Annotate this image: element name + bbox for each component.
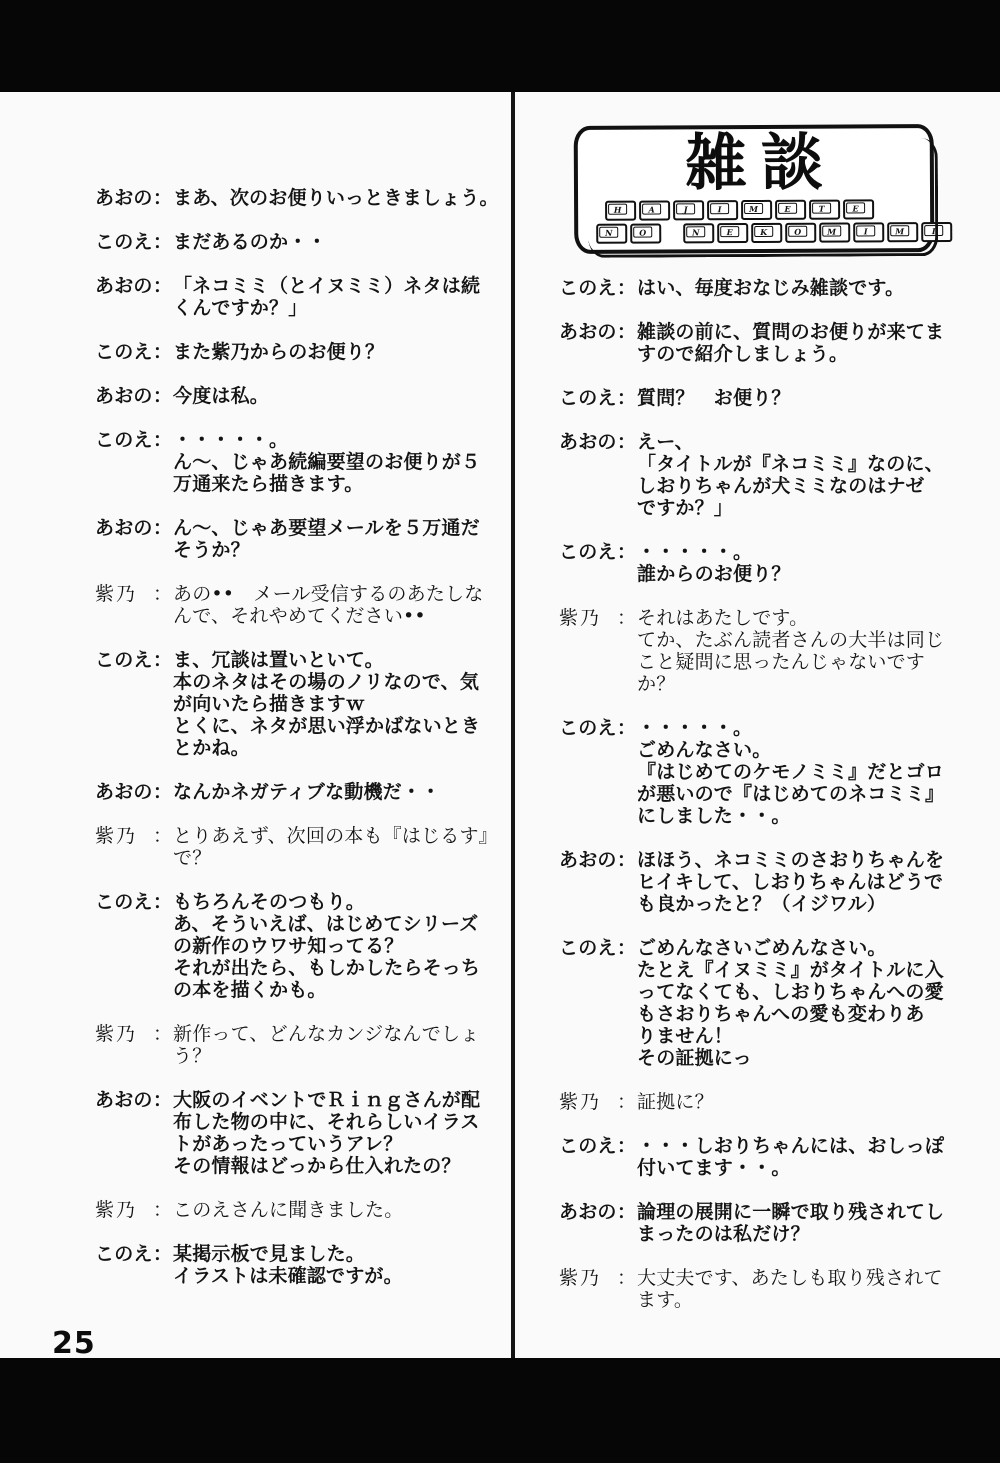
keycap: T: [809, 200, 840, 220]
dialogue-text: まあ、次のお便りいっときましょう。: [173, 187, 499, 209]
speaker-name: このえ: [559, 937, 617, 959]
keycap: M: [887, 222, 918, 242]
keycap-letter: H: [608, 204, 627, 215]
dialogue-block: このえ：ごめんなさいごめんなさい。たとえ『イヌミミ』がタイトルに入ってなくても、…: [559, 937, 985, 1069]
speaker-name: このえ: [95, 891, 153, 913]
speaker-name: あおの: [95, 275, 153, 297]
dialogue-block: このえ：また紫乃からのお便り？: [95, 341, 493, 363]
speaker-name: あおの: [95, 781, 153, 803]
dialogue-block: 紫乃：とりあえず、次回の本も『はじるす』で？: [95, 825, 493, 869]
speaker-colon: ：: [153, 1199, 173, 1221]
keycap-letter: I: [856, 225, 875, 236]
speaker-colon: ：: [617, 1267, 637, 1289]
speaker-name: 紫乃: [559, 1091, 617, 1113]
keycap: K: [751, 223, 782, 243]
speaker-name: 紫乃: [95, 825, 153, 847]
speaker-name: あおの: [559, 431, 617, 453]
speaker-colon: ：: [153, 1089, 173, 1111]
speaker-name: このえ: [559, 717, 617, 739]
dialogue-text: ま、冗談は置いといて。本のネタはその場のノリなので、気が向いたら描きますｗとくに…: [173, 649, 493, 759]
keycap-letter: M: [890, 225, 909, 236]
keycap-letter: K: [754, 226, 773, 237]
keycap: N: [683, 223, 714, 243]
speaker-colon: ：: [153, 1243, 173, 1265]
dialogue-block: 紫乃：証拠に？: [559, 1091, 985, 1113]
right-column: 雑談 HAJIMETENONEKOMIMI このえ：はい、毎度おなじみ雑談です。…: [515, 92, 1000, 1358]
speaker-name: このえ: [559, 1135, 617, 1157]
dialogue-block: あおの：ん〜、じゃあ要望メールを５万通だそうか？: [95, 517, 493, 561]
dialogue-block: あおの：今度は私。: [95, 385, 493, 407]
speaker-name: あおの: [559, 849, 617, 871]
keycap-gap: [664, 223, 680, 243]
keycap-row: HAJIMETE: [605, 199, 922, 221]
speaker-name: このえ: [559, 541, 617, 563]
keycap: A: [639, 200, 670, 220]
keycap-letter: E: [720, 226, 739, 237]
keycap-letter: N: [599, 227, 618, 238]
dialogue-text: 新作って、どんなカンジなんでしょう？: [173, 1023, 493, 1067]
dialogue-block: このえ：ま、冗談は置いといて。本のネタはその場のノリなので、気が向いたら描きます…: [95, 649, 493, 759]
dialogue-block: このえ：まだあるのか・・: [95, 231, 493, 253]
speaker-name: このえ: [559, 277, 617, 299]
dialogue-block: このえ：・・・・・。ごめんなさい。『はじめてのケモノミミ』だとゴロが悪いので『は…: [559, 717, 985, 827]
dialogue-block: このえ：質問？ お便り？: [559, 387, 985, 409]
speaker-colon: ：: [617, 321, 637, 343]
keycap: I: [921, 222, 952, 242]
speaker-colon: ：: [617, 717, 637, 739]
speaker-name: あおの: [559, 1201, 617, 1223]
speaker-colon: ：: [617, 849, 637, 871]
speaker-name: あおの: [95, 385, 153, 407]
keycap-letter: E: [778, 203, 797, 214]
dialogue-text: あの•• メール受信するのあたしなんで、それやめてください••: [173, 583, 493, 627]
dialogue-text: このえさんに聞きました。: [173, 1199, 493, 1221]
speaker-colon: ：: [153, 649, 173, 671]
dialogue-text: 大丈夫です、あたしも取り残されてます。: [637, 1267, 985, 1311]
speaker-colon: ：: [617, 937, 637, 959]
dialogue-block: このえ：・・・・・。ん〜、じゃあ続編要望のお便りが５万通来たら描きます。: [95, 429, 493, 495]
speaker-colon: ：: [153, 517, 173, 539]
keycap-letter: E: [846, 202, 865, 213]
speaker-name: 紫乃: [559, 1267, 617, 1289]
scanned-page: あおの：まあ、次のお便りいっときましょう。このえ：まだあるのか・・あおの：「ネコ…: [0, 92, 1000, 1358]
keycap: N: [596, 224, 627, 244]
keycap: I: [707, 200, 738, 220]
keycap-letter: T: [812, 203, 831, 214]
dialogue-text: えー、「タイトルが『ネコミミ』なのに、しおりちゃんが犬ミミなのはナゼですか？」: [637, 431, 985, 519]
keycap-letter: O: [788, 226, 807, 237]
zatsudan-keyboard-graphic: 雑談 HAJIMETENONEKOMIMI: [574, 124, 935, 254]
dialogue-block: あおの：なんかネガティブな動機だ・・: [95, 781, 493, 803]
speaker-colon: ：: [153, 187, 173, 209]
dialogue-text: とりあえず、次回の本も『はじるす』で？: [173, 825, 498, 869]
speaker-colon: ：: [617, 1135, 637, 1157]
speaker-colon: ：: [153, 231, 173, 253]
speaker-colon: ：: [617, 277, 637, 299]
speaker-name: あおの: [95, 187, 153, 209]
keycap-letter: O: [633, 227, 652, 238]
dialogue-text: なんかネガティブな動機だ・・: [173, 781, 493, 803]
dialogue-text: 雑談の前に、質問のお便りが来てますので紹介しましょう。: [637, 321, 985, 365]
dialogue-text: また紫乃からのお便り？: [173, 341, 493, 363]
speaker-colon: ：: [153, 583, 173, 605]
keycap-letter: I: [924, 225, 943, 236]
dialogue-text: ・・・・・。誰からのお便り？: [637, 541, 985, 585]
speaker-colon: ：: [617, 607, 637, 629]
left-column: あおの：まあ、次のお便りいっときましょう。このえ：まだあるのか・・あおの：「ネコ…: [0, 92, 511, 1358]
dialogue-text: ・・・・・。ごめんなさい。『はじめてのケモノミミ』だとゴロが悪いので『はじめての…: [637, 717, 985, 827]
keycap: E: [775, 200, 806, 220]
dialogue-block: このえ：もちろんそのつもり。あ、そういえば、はじめてシリーズの新作のウワサ知って…: [95, 891, 493, 1001]
speaker-name: 紫乃: [95, 1023, 153, 1045]
speaker-colon: ：: [153, 1023, 173, 1045]
dialogue-text: 「ネコミミ（とイヌミミ）ネタは続くんですか？」: [173, 275, 493, 319]
dialogue-text: 大阪のイベントでＲｉｎｇさんが配布した物の中に、それらしいイラストがあったってい…: [173, 1089, 493, 1177]
speaker-name: あおの: [559, 321, 617, 343]
speaker-name: このえ: [95, 341, 153, 363]
keycap-letter: M: [744, 203, 763, 214]
speaker-colon: ：: [617, 1091, 637, 1113]
keycap-letter: J: [676, 203, 695, 214]
speaker-colon: ：: [617, 541, 637, 563]
dialogue-block: 紫乃：このえさんに聞きました。: [95, 1199, 493, 1221]
keycap: E: [843, 199, 874, 219]
right-column-dialogue: このえ：はい、毎度おなじみ雑談です。あおの：雑談の前に、質問のお便りが来てますの…: [559, 277, 985, 1311]
dialogue-block: このえ：はい、毎度おなじみ雑談です。: [559, 277, 985, 299]
keycap: O: [630, 223, 661, 243]
speaker-colon: ：: [153, 891, 173, 913]
speaker-name: このえ: [95, 649, 153, 671]
dialogue-block: このえ：・・・しおりちゃんには、おしっぽ付いてます・・。: [559, 1135, 985, 1179]
dialogue-text: ほほう、ネコミミのさおりちゃんをヒイキして、しおりちゃんはどうでも良かったと？（…: [637, 849, 985, 915]
speaker-colon: ：: [617, 387, 637, 409]
speaker-name: あおの: [95, 1089, 153, 1111]
keycap: E: [717, 223, 748, 243]
dialogue-block: 紫乃：あの•• メール受信するのあたしなんで、それやめてください••: [95, 583, 493, 627]
dialogue-block: あおの：雑談の前に、質問のお便りが来てますので紹介しましょう。: [559, 321, 985, 365]
dialogue-block: あおの：まあ、次のお便りいっときましょう。: [95, 187, 493, 209]
keycap-letter: M: [822, 226, 841, 237]
keycap: J: [673, 200, 704, 220]
speaker-colon: ：: [153, 275, 173, 297]
dialogue-text: 今度は私。: [173, 385, 493, 407]
dialogue-block: あおの：論理の展開に一瞬で取り残されてしまったのは私だけ？: [559, 1201, 985, 1245]
keycap: M: [819, 222, 850, 242]
keycap-letter: N: [686, 226, 705, 237]
keycap-row: NONEKOMIMI: [596, 222, 922, 244]
dialogue-block: このえ：・・・・・。誰からのお便り？: [559, 541, 985, 585]
keycap: O: [785, 223, 816, 243]
dialogue-text: ・・・しおりちゃんには、おしっぽ付いてます・・。: [637, 1135, 985, 1179]
dialogue-block: 紫乃：それはあたしです。てか、たぶん読者さんの大半は同じこと疑問に思ったんじゃな…: [559, 607, 985, 695]
dialogue-block: あおの：えー、「タイトルが『ネコミミ』なのに、しおりちゃんが犬ミミなのはナゼです…: [559, 431, 985, 519]
section-title: 雑談: [578, 129, 930, 197]
speaker-name: このえ: [95, 231, 153, 253]
speaker-colon: ：: [153, 781, 173, 803]
dialogue-text: ・・・・・。ん〜、じゃあ続編要望のお便りが５万通来たら描きます。: [173, 429, 493, 495]
speaker-name: あおの: [95, 517, 153, 539]
dialogue-text: まだあるのか・・: [173, 231, 493, 253]
dialogue-block: 紫乃：大丈夫です、あたしも取り残されてます。: [559, 1267, 985, 1311]
speaker-colon: ：: [617, 431, 637, 453]
keycap-letter: A: [642, 203, 661, 214]
speaker-colon: ：: [153, 341, 173, 363]
dialogue-block: あおの：大阪のイベントでＲｉｎｇさんが配布した物の中に、それらしいイラストがあっ…: [95, 1089, 493, 1177]
speaker-name: 紫乃: [559, 607, 617, 629]
speaker-colon: ：: [153, 825, 173, 847]
speaker-name: 紫乃: [95, 583, 153, 605]
dialogue-text: ん〜、じゃあ要望メールを５万通だそうか？: [173, 517, 493, 561]
dialogue-block: 紫乃：新作って、どんなカンジなんでしょう？: [95, 1023, 493, 1067]
dialogue-text: それはあたしです。てか、たぶん読者さんの大半は同じこと疑問に思ったんじゃないです…: [637, 607, 985, 695]
speaker-colon: ：: [617, 1201, 637, 1223]
dialogue-text: 質問？ お便り？: [637, 387, 985, 409]
dialogue-text: もちろんそのつもり。あ、そういえば、はじめてシリーズの新作のウワサ知ってる？それ…: [173, 891, 493, 1001]
speaker-colon: ：: [153, 429, 173, 451]
keycap: H: [605, 201, 636, 221]
speaker-name: このえ: [559, 387, 617, 409]
dialogue-text: はい、毎度おなじみ雑談です。: [637, 277, 985, 299]
speaker-name: このえ: [95, 429, 153, 451]
keycap-letter: I: [710, 203, 729, 214]
speaker-name: このえ: [95, 1243, 153, 1265]
dialogue-text: 証拠に？: [637, 1091, 985, 1113]
dialogue-text: 某掲示板で見ました。イラストは未確認ですが。: [173, 1243, 493, 1287]
speaker-name: 紫乃: [95, 1199, 153, 1221]
dialogue-block: あおの：ほほう、ネコミミのさおりちゃんをヒイキして、しおりちゃんはどうでも良かっ…: [559, 849, 985, 915]
dialogue-text: 論理の展開に一瞬で取り残されてしまったのは私だけ？: [637, 1201, 985, 1245]
dialogue-block: このえ：某掲示板で見ました。イラストは未確認ですが。: [95, 1243, 493, 1287]
dialogue-block: あおの：「ネコミミ（とイヌミミ）ネタは続くんですか？」: [95, 275, 493, 319]
keyboard-keys: HAJIMETENONEKOMIMI: [596, 196, 922, 244]
dialogue-text: ごめんなさいごめんなさい。たとえ『イヌミミ』がタイトルに入ってなくても、しおりち…: [637, 937, 985, 1069]
page-number: 25: [52, 1326, 96, 1361]
keycap: M: [741, 200, 772, 220]
speaker-colon: ：: [153, 385, 173, 407]
keycap: I: [853, 222, 884, 242]
